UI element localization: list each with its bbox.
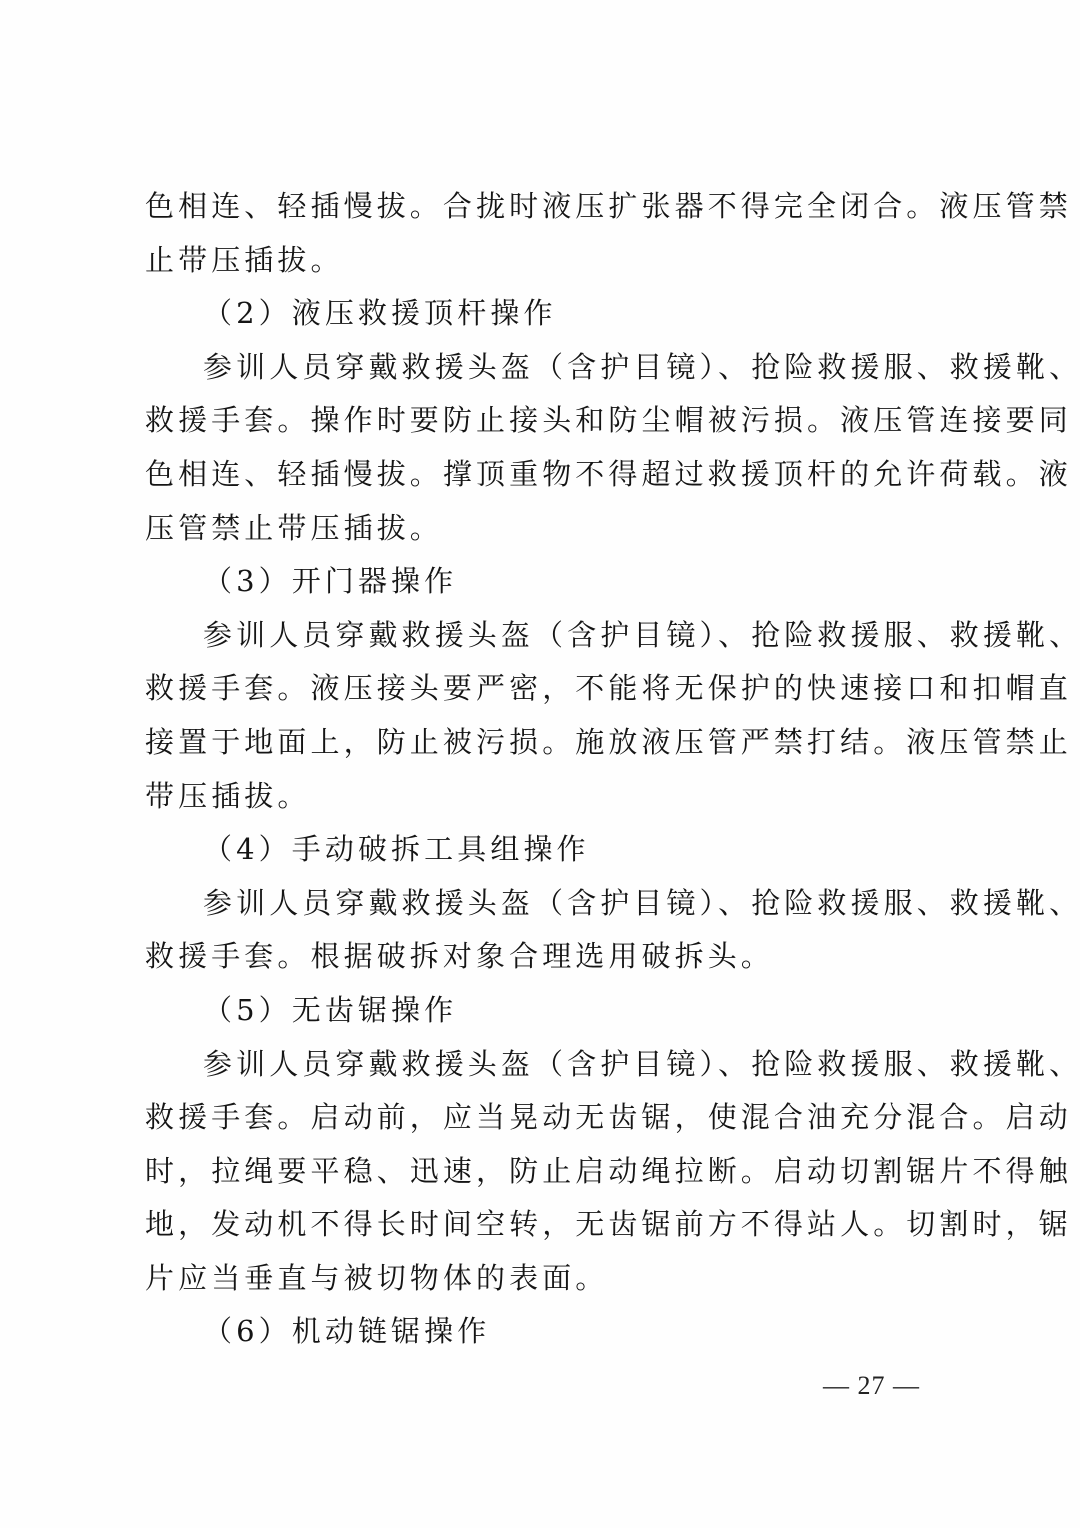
document-body: 色相连、轻插慢拔。合拢时液压扩张器不得完全闭合。液压管禁 止带压插拔。 （2）液… bbox=[145, 180, 945, 1359]
section-heading-manual-tools: （4）手动破拆工具组操作 bbox=[145, 823, 945, 877]
document-page: 色相连、轻插慢拔。合拢时液压扩张器不得完全闭合。液压管禁 止带压插拔。 （2）液… bbox=[0, 0, 1080, 1528]
text-line: 救援手套。操作时要防止接头和防尘帽被污损。液压管连接要同 bbox=[145, 394, 945, 448]
text-line: 时，拉绳要平稳、迅速，防止启动绳拉断。启动切割锯片不得触 bbox=[145, 1145, 945, 1199]
text-line: 地，发动机不得长时间空转，无齿锯前方不得站人。切割时，锯 bbox=[145, 1198, 945, 1252]
section-heading-chainsaw: （6）机动链锯操作 bbox=[145, 1305, 945, 1359]
text-line: 止带压插拔。 bbox=[145, 234, 945, 288]
text-line: 救援手套。根据破拆对象合理选用破拆头。 bbox=[145, 930, 945, 984]
text-line: 救援手套。液压接头要严密，不能将无保护的快速接口和扣帽直 bbox=[145, 662, 945, 716]
text-line: 参训人员穿戴救援头盔（含护目镜）、抢险救援服、救援靴、 bbox=[145, 1038, 945, 1092]
section-heading-toothless-saw: （5）无齿锯操作 bbox=[145, 984, 945, 1038]
text-line: 参训人员穿戴救援头盔（含护目镜）、抢险救援服、救援靴、 bbox=[145, 877, 945, 931]
text-line: 接置于地面上，防止被污损。施放液压管严禁打结。液压管禁止 bbox=[145, 716, 945, 770]
text-line: 压管禁止带压插拔。 bbox=[145, 502, 945, 556]
text-line: 参训人员穿戴救援头盔（含护目镜）、抢险救援服、救援靴、 bbox=[145, 341, 945, 395]
text-line: 救援手套。启动前，应当晃动无齿锯，使混合油充分混合。启动 bbox=[145, 1091, 945, 1145]
section-heading-hydraulic-jack: （2）液压救援顶杆操作 bbox=[145, 287, 945, 341]
text-line: 色相连、轻插慢拔。撑顶重物不得超过救援顶杆的允许荷载。液 bbox=[145, 448, 945, 502]
section-heading-door-opener: （3）开门器操作 bbox=[145, 555, 945, 609]
text-line: 色相连、轻插慢拔。合拢时液压扩张器不得完全闭合。液压管禁 bbox=[145, 180, 945, 234]
page-number: — 27 — bbox=[823, 1370, 920, 1402]
text-line: 参训人员穿戴救援头盔（含护目镜）、抢险救援服、救援靴、 bbox=[145, 609, 945, 663]
text-line: 片应当垂直与被切物体的表面。 bbox=[145, 1252, 945, 1306]
text-line: 带压插拔。 bbox=[145, 770, 945, 824]
